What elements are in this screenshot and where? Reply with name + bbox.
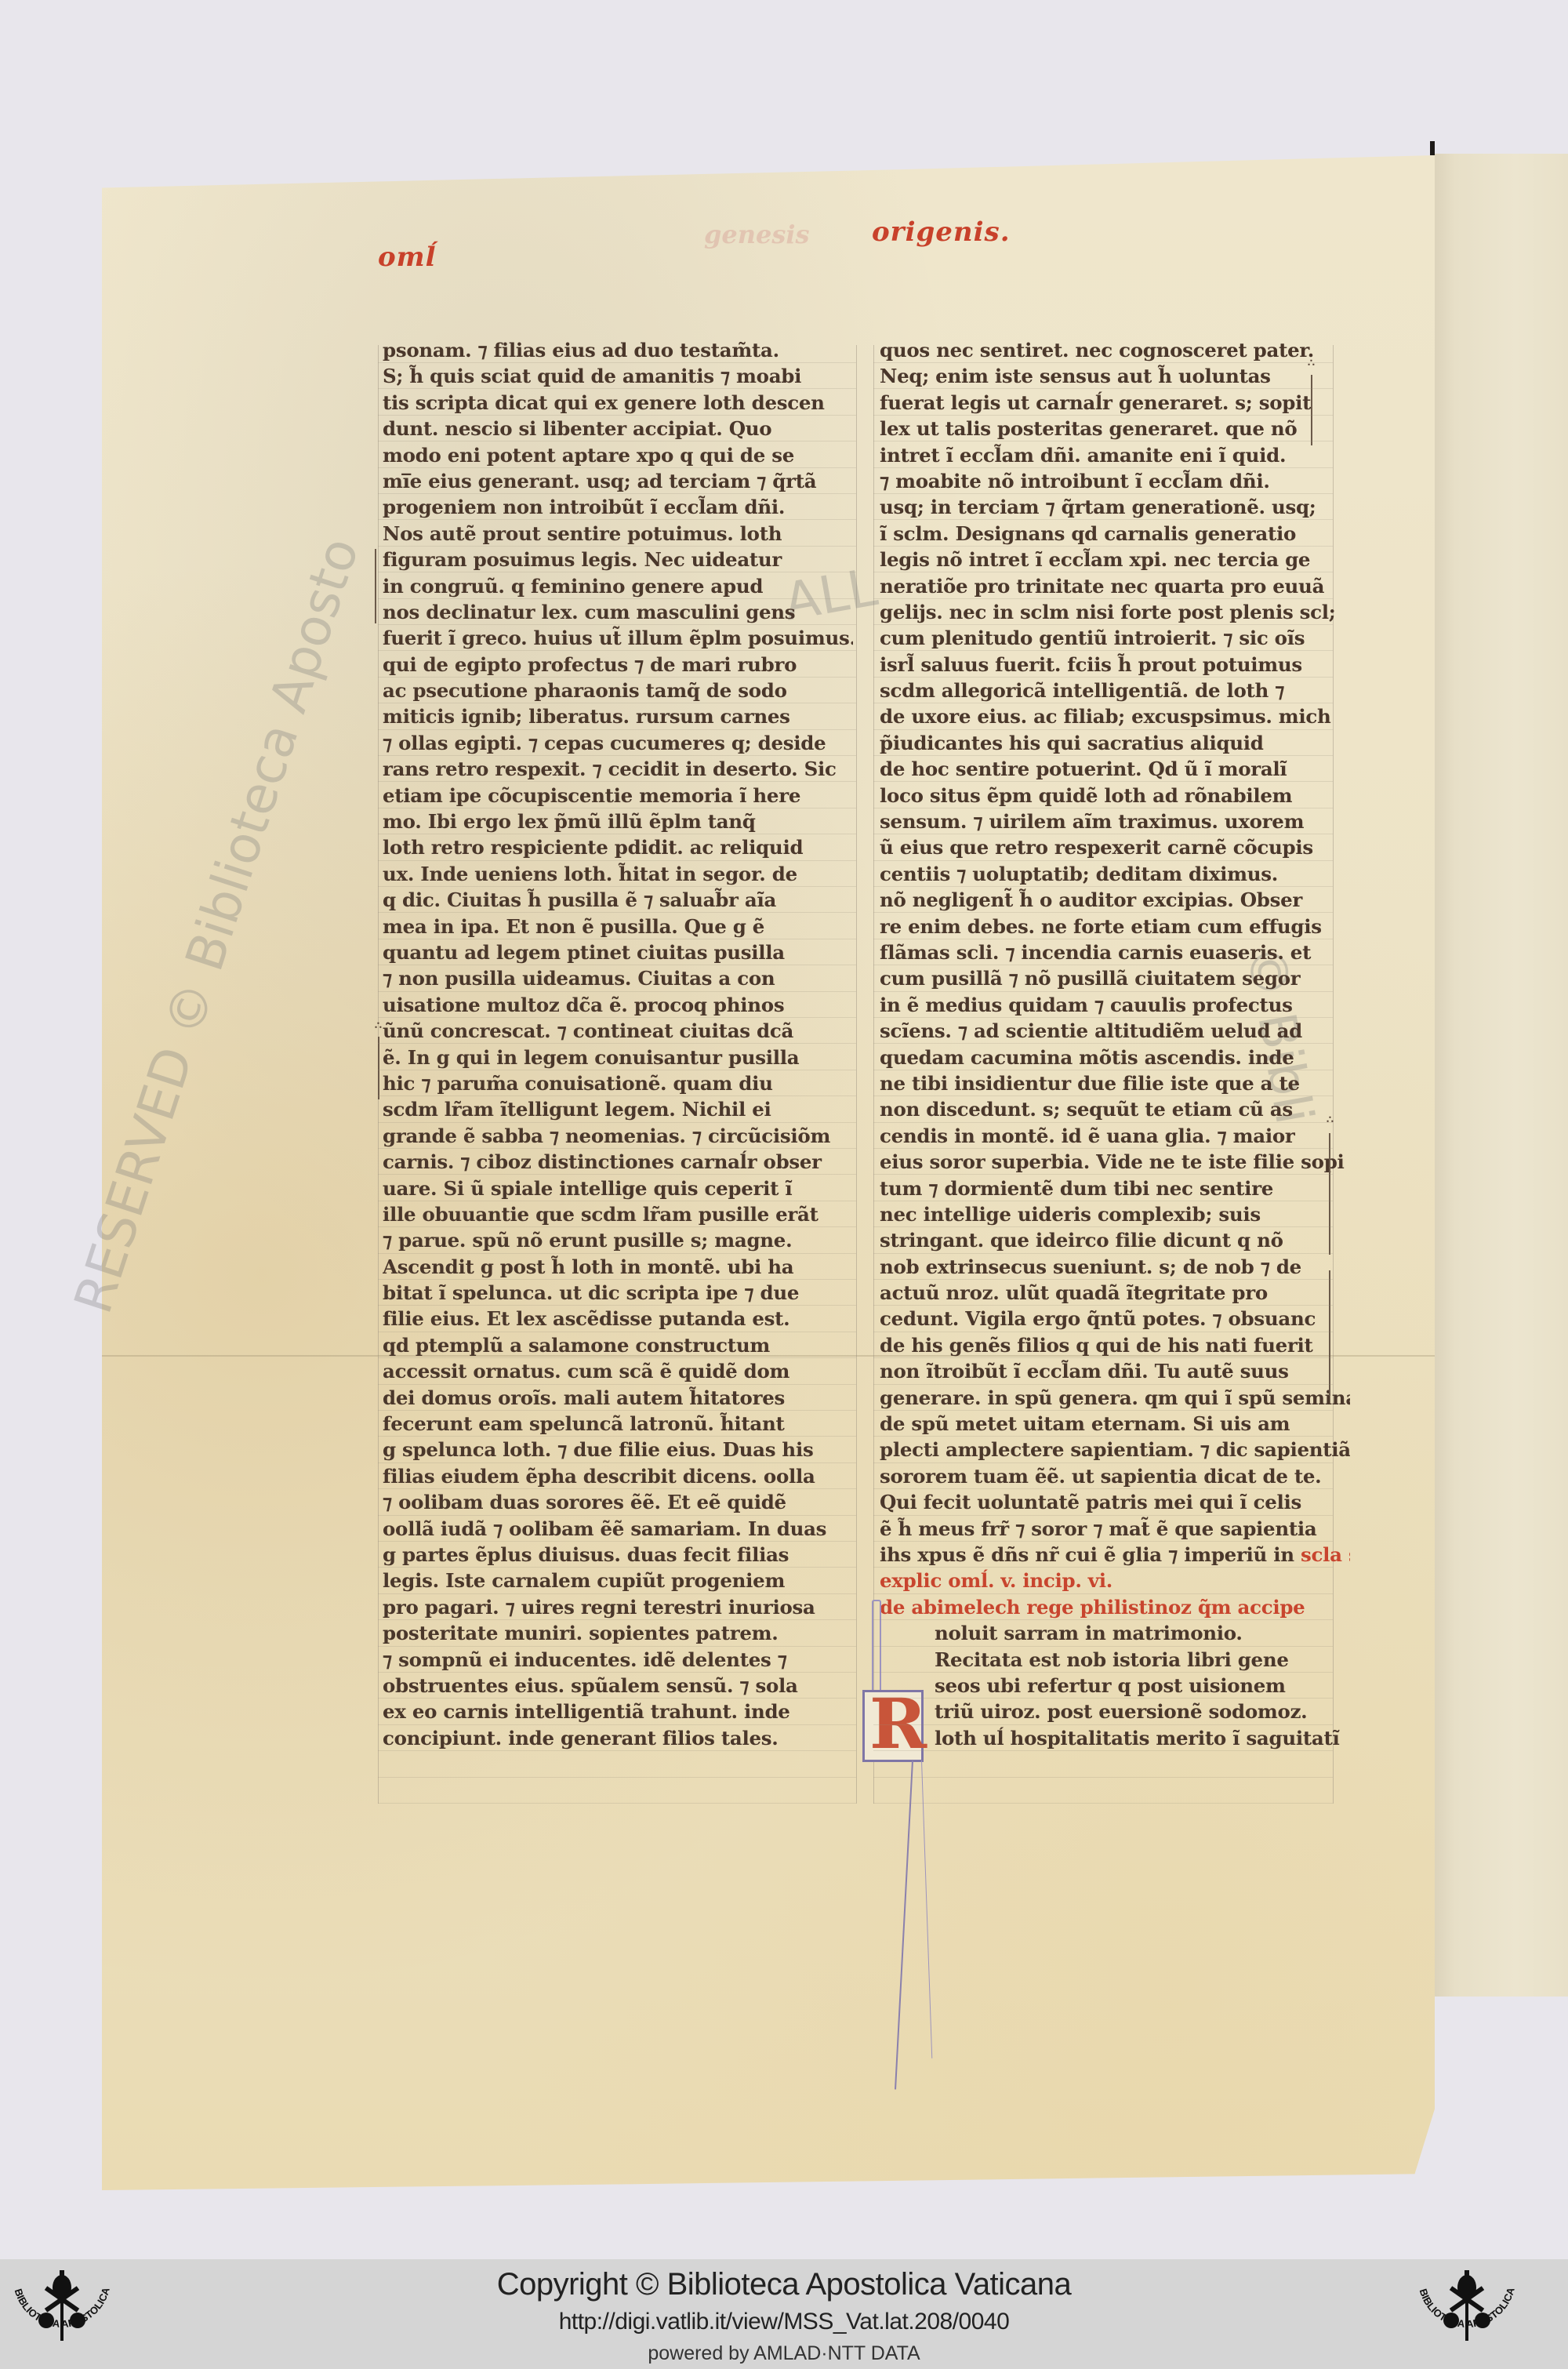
manuscript-line: uare. Si ũ spiale intellige quis ceperit… (383, 1175, 853, 1201)
manuscript-line: nec intellige uideris complexib; suis (880, 1201, 1350, 1227)
ruling-line (378, 1672, 856, 1673)
ruling-line (378, 808, 856, 808)
ruling-line (378, 650, 856, 651)
manuscript-line: progeniem non introibũt ĩ eccl̃am dñi. (383, 494, 853, 520)
powered-by-text: powered by AMLAD·NTT DATA (0, 2342, 1568, 2365)
ruling-line (378, 703, 856, 703)
manuscript-line: generare. in spũ genera. qm qui ĩ spũ se… (880, 1385, 1350, 1411)
binding-mark (1430, 141, 1435, 155)
manuscript-line: figuram posuimus legis. Nec uideatur (383, 547, 853, 572)
manuscript-line: concipiunt. inde generant filios tales. (383, 1725, 853, 1751)
ruling-line (378, 1253, 856, 1254)
manuscript-line: ⁊ oolibam duas sorores ẽẽ. Et eẽ quidẽ (383, 1489, 853, 1515)
manuscript-line: nos declinatur lex. cum masculini gens (383, 599, 853, 625)
manuscript-line: Recitata est nob istoria libri gene (880, 1647, 1350, 1673)
ruling-line (378, 1567, 856, 1568)
ruling-line (378, 415, 856, 416)
manuscript-line: usq; in terciam ⁊ q̃rtam generationẽ. us… (880, 494, 1350, 520)
manuscript-line: ux. Inde ueniens loth. h̃itat in segor. … (383, 861, 853, 887)
ruling-line (873, 1619, 1333, 1620)
margin-bracket (1329, 1133, 1330, 1255)
ruling-line (873, 1410, 1333, 1411)
ruling-line (378, 939, 856, 939)
manuscript-line: quedam cacumina mõtis ascendis. inde (880, 1045, 1350, 1070)
manuscript-line: bitat ĩ spelunca. ut dic scripta ipe ⁊ d… (383, 1280, 853, 1306)
manuscript-line: hic ⁊ parum̃a conuisationẽ. quam diu (383, 1070, 853, 1096)
margin-dots: ∴ (1308, 357, 1315, 369)
ruling-line (873, 1803, 1333, 1804)
ruling-line (873, 781, 1333, 782)
ruling-line (873, 519, 1333, 520)
manuscript-line: g spelunca loth. ⁊ due filie eius. Duas … (383, 1437, 853, 1462)
manuscript-line: uisatione multoz dc̃a ẽ. procoq phinos (383, 992, 853, 1018)
margin-bracket (1329, 1270, 1330, 1396)
ruling-line (873, 388, 1333, 389)
manuscript-line: neratiõe pro trinitate nec quarta pro eu… (880, 573, 1350, 599)
manuscript-line: carnis. ⁊ ciboz distinctiones carnaĺr ob… (383, 1149, 853, 1175)
manuscript-line: cedunt. Vigila ergo q̃ntũ potes. ⁊ obsua… (880, 1306, 1350, 1332)
manuscript-line: non ĩtroibũt ĩ eccl̃am dñi. Tu autẽ suus (880, 1358, 1350, 1384)
ruling-line (378, 1541, 856, 1542)
manuscript-line: de uxore eius. ac filiab; excuspsimus. m… (880, 703, 1350, 729)
manuscript-line: modo eni potent aptare xpo q qui de se (383, 442, 853, 468)
ruling-line (378, 1646, 856, 1647)
manuscript-line: ĩ sclm. Designans qd carnalis generatio (880, 521, 1350, 547)
ruling-line (873, 1698, 1333, 1699)
ruling-line (378, 1122, 856, 1123)
manuscript-line: Ascendit g post h̃ loth in montẽ. ubi ha (383, 1254, 853, 1280)
manuscript-line: Nos autẽ prout sentire potuimus. loth (383, 521, 853, 547)
ruling-line (873, 677, 1333, 678)
ruling-line (873, 834, 1333, 834)
ruling-line (378, 1279, 856, 1280)
manuscript-line: tum ⁊ dormientẽ dum tibi nec sentire (880, 1175, 1350, 1201)
manuscript-line: fuerat legis ut carnaĺr generaret. s; so… (880, 390, 1350, 416)
manuscript-line: centiis ⁊ uoluptatib; deditam diximus. (880, 861, 1350, 887)
ruling-line (873, 1122, 1333, 1123)
manuscript-line: ex eo carnis intelligentiã trahunt. inde (383, 1699, 853, 1724)
ruling-line (873, 1646, 1333, 1647)
ruling-line (873, 965, 1333, 965)
manuscript-line: Qui fecit uoluntatẽ patris mei qui ĩ cel… (880, 1489, 1350, 1515)
manuscript-line: psonam. ⁊ filias eius ad duo testam̃ta. (383, 337, 853, 363)
rubric-explicit: scla scloz. Amen. (1294, 1543, 1350, 1566)
margin-bracket (1311, 375, 1312, 445)
running-title-right: origenis. (872, 216, 1011, 248)
ruling-line (873, 493, 1333, 494)
manuscript-line: isrl̃ saluus fuerit. fciis h̃ prout potu… (880, 652, 1350, 678)
ruling-line (873, 1332, 1333, 1332)
ruling-line (873, 755, 1333, 756)
ruling-line (378, 886, 856, 887)
ruling-line (873, 860, 1333, 861)
running-title-left: omĺ (378, 242, 437, 273)
ruling-line (378, 860, 856, 861)
manuscript-line: triũ uiroz. post euersionẽ sodomoz. (880, 1699, 1350, 1724)
margin-dots: ∴ (1327, 1114, 1334, 1126)
ruling-line (378, 1226, 856, 1227)
manuscript-line: scĩens. ⁊ ad scientie altitudiẽm uelud a… (880, 1018, 1350, 1044)
ruling-line (378, 572, 856, 572)
manuscript-line: p̃iudicantes his qui sacratius aliquid (880, 730, 1350, 756)
ruling-line (378, 1095, 856, 1096)
ruling-line (378, 1436, 856, 1437)
ruling-line (873, 1777, 1333, 1778)
ruling-line (873, 1672, 1333, 1673)
ruling-line (873, 1253, 1333, 1254)
ruling-line (378, 729, 856, 730)
ruling-line (378, 1384, 856, 1385)
ruling-line (378, 388, 856, 389)
manuscript-line: flãmas scli. ⁊ incendia carnis euaseris.… (880, 939, 1350, 965)
manuscript-line: posteritate muniri. sopientes patrem. (383, 1620, 853, 1646)
ruling-line (873, 1017, 1333, 1018)
facing-page-edge (1433, 154, 1568, 1997)
ruling-line (378, 1515, 856, 1516)
manuscript-line: quantu ad legem ptinet ciuitas pusilla (383, 939, 853, 965)
permalink-url[interactable]: http://digi.vatlib.it/view/MSS_Vat.lat.2… (0, 2309, 1568, 2335)
ruling-line (873, 1357, 1333, 1358)
ruling-line (873, 598, 1333, 599)
manuscript-line: fuerit ĩ greco. huius ut̃ illum ẽplm pos… (383, 625, 853, 651)
ruling-line (378, 1724, 856, 1725)
ruling-line (378, 1174, 856, 1175)
manuscript-line: ac psecutione pharaonis tamq̃ de sodo (383, 678, 853, 703)
manuscript-line: in congruũ. q feminino genere apud (383, 573, 853, 599)
ruling-line (873, 886, 1333, 887)
manuscript-line: ũnũ concrescat. ⁊ contineat ciuitas dcã (383, 1018, 853, 1044)
ruling-line (873, 1541, 1333, 1542)
ruling-line (873, 1070, 1333, 1070)
ruling-line (378, 1070, 856, 1070)
initial-penwork-stem (872, 1600, 881, 1695)
manuscript-line: pro pagari. ⁊ uires regni terestri inuri… (383, 1594, 853, 1620)
manuscript-line: mo. Ibi ergo lex p̃mũ illũ ẽplm tanq̃ (383, 808, 853, 834)
manuscript-line: sensum. ⁊ uirilem aĩm traximus. uxorem (880, 808, 1350, 834)
manuscript-line: dei domus oroĩs. mali autem h̃itatores (383, 1385, 853, 1411)
manuscript-line: ⁊ sompnũ ei inducentes. idẽ delentes ⁊ (383, 1647, 853, 1673)
ruling-line (873, 912, 1333, 913)
manuscript-line: gelijs. nec in sclm nisi forte post plen… (880, 599, 1350, 625)
text-column-right: quos nec sentiret. nec cognosceret pater… (880, 337, 1350, 1751)
manuscript-line: accessit ornatus. cum scã ẽ quidẽ dom (383, 1358, 853, 1384)
manuscript-line: lex ut talis posteritas generaret. que n… (880, 416, 1350, 441)
copyright-text: Copyright © Biblioteca Apostolica Vatica… (0, 2267, 1568, 2302)
ruling-line (873, 1593, 1333, 1594)
ruling-line (873, 1462, 1333, 1463)
ruling-line (873, 1226, 1333, 1227)
manuscript-line: re enim debes. ne forte etiam cum effugi… (880, 914, 1350, 939)
ruling-line (378, 493, 856, 494)
ruling-line (378, 1410, 856, 1411)
manuscript-line: loco situs ẽpm quidẽ loth ad rõnabilem (880, 783, 1350, 808)
ruling-line (378, 1462, 856, 1463)
ruling-line (378, 1017, 856, 1018)
ruling-line (873, 546, 1333, 547)
ruling-line (873, 345, 874, 1804)
ruling-line (873, 991, 1333, 992)
manuscript-line: Neq; enim iste sensus aut h̃ uoluntas (880, 363, 1350, 389)
manuscript-line: cendis in montẽ. id ẽ uana glia. ⁊ maior (880, 1123, 1350, 1149)
ruling-line (378, 362, 856, 363)
ruling-line (873, 1724, 1333, 1725)
ruling-line (873, 703, 1333, 703)
manuscript-line: scdm lr̃am ĩtelligunt legem. Nichil ei (383, 1096, 853, 1122)
ruling-line (873, 1567, 1333, 1568)
margin-bracket (378, 1037, 379, 1099)
manuscript-line: eius soror superbia. Vide ne te iste fil… (880, 1149, 1350, 1175)
manuscript-line: ne tibi insidientur due filie iste que a… (880, 1070, 1350, 1096)
ruling-line (873, 1436, 1333, 1437)
manuscript-line: legis. Iste carnalem cupiũt progeniem (383, 1568, 853, 1593)
ruling-line (378, 834, 856, 834)
ruling-line (378, 755, 856, 756)
ruling-line (378, 467, 856, 468)
manuscript-line: ⁊ non pusilla uideamus. Ciuitas a con (383, 965, 853, 991)
manuscript-line: actuũ nroz. ulũt quadã ĩtegritate pro (880, 1280, 1350, 1306)
ruling-line (378, 1698, 856, 1699)
manuscript-line: S; h̃ quis sciat quid de amanitis ⁊ moab… (383, 363, 853, 389)
manuscript-line: scdm allegoricã intelligentiã. de loth ⁊ (880, 678, 1350, 703)
ruling-line (873, 1148, 1333, 1149)
manuscript-line: de abimelech rege philistinoz q̃m accipe (880, 1594, 1350, 1620)
ruling-line (378, 1332, 856, 1332)
manuscript-line: filie eius. Et lex ascẽdisse putanda est… (383, 1306, 853, 1332)
ruling-line (378, 1619, 856, 1620)
manuscript-line: rans retro respexit. ⁊ cecidit in desert… (383, 756, 853, 782)
manuscript-line: de his genẽs filios q qui de his nati fu… (880, 1332, 1350, 1358)
manuscript-line: ẽ. In g qui in legem conuisantur pusilla (383, 1045, 853, 1070)
ruling-line (378, 441, 856, 441)
ruling-line (873, 467, 1333, 468)
manuscript-line: etiam ipe cõcupiscentie memoria ĩ here (383, 783, 853, 808)
ruling-line (378, 991, 856, 992)
manuscript-line: cum pusillã ⁊ nõ pusillã ciuitatem segor (880, 965, 1350, 991)
ruling-line (873, 624, 1333, 625)
manuscript-line: ũ eius que retro respexerit carnẽ cõcupi… (880, 834, 1350, 860)
ruling-line (378, 912, 856, 913)
manuscript-line: de hoc sentire potuerint. Qd ũ ĩ moralĩ (880, 756, 1350, 782)
manuscript-line: legis nõ intret ĩ eccl̃am xpi. nec terci… (880, 547, 1350, 572)
ruling-line (873, 572, 1333, 572)
margin-bracket (375, 549, 376, 623)
manuscript-line: seos ubi refertur q post uisionem (880, 1673, 1350, 1699)
manuscript-line: ⁊ parue. spũ nõ erunt pusille s; magne. (383, 1227, 853, 1253)
manuscript-line: non discedunt. s; sequũt te etiam cũ as (880, 1096, 1350, 1122)
manuscript-line: obstruentes eius. spũalem sensũ. ⁊ sola (383, 1673, 853, 1699)
ruling-line (378, 1305, 856, 1306)
ruling-line (378, 965, 856, 965)
ruling-line (378, 1803, 856, 1804)
manuscript-line: oollã iudã ⁊ oolibam ẽẽ samariam. In dua… (383, 1516, 853, 1542)
manuscript-line: qui de egipto profectus ⁊ de mari rubro (383, 652, 853, 678)
text-column-left: psonam. ⁊ filias eius ad duo testam̃ta.S… (383, 337, 853, 1751)
ruling-line (378, 1750, 856, 1751)
ruling-line (873, 1095, 1333, 1096)
ruling-line (873, 1750, 1333, 1751)
ruling-line (873, 1305, 1333, 1306)
manuscript-line: de spũ metet uitam eternam. Si uis am (880, 1411, 1350, 1437)
ruling-line (873, 650, 1333, 651)
ruling-line (378, 1593, 856, 1594)
manuscript-line: miticis ignib; liberatus. rursum carnes (383, 703, 853, 729)
manuscript-line: ⁊ moabite nõ introibunt ĩ eccl̃am dñi. (880, 468, 1350, 494)
manuscript-line: loth retro respiciente pdidit. ac reliqu… (383, 834, 853, 860)
ruling-line (873, 1201, 1333, 1201)
vatican-library-logo: BIBLIOTECA APOSTOLICA VATICANA (1408, 2264, 1526, 2364)
ruling-line (378, 598, 856, 599)
ruling-line (873, 808, 1333, 808)
ruling-line (378, 519, 856, 520)
manuscript-line: ⁊ ollas egipti. ⁊ cepas cucumeres q; des… (383, 730, 853, 756)
ruling-line (873, 415, 1333, 416)
copyright-footer: BIBLIOTECA APOSTOLICA VATICANA Copyright… (0, 2259, 1568, 2369)
manuscript-line: noluit sarram in matrimonio. (880, 1620, 1350, 1646)
manuscript-line: cum plenitudo gentiũ introierit. ⁊ sic o… (880, 625, 1350, 651)
margin-dots: ∴ (375, 1019, 382, 1032)
manuscript-line: ẽ h̃ meus frr̃ ⁊ soror ⁊ mat̃ ẽ que sapi… (880, 1516, 1350, 1542)
manuscript-line: mi̅e eius generant. usq; ad terciam ⁊ q̃… (383, 468, 853, 494)
ruling-line (873, 1384, 1333, 1385)
manuscript-line: nob extrinsecus sueniunt. s; de nob ⁊ de (880, 1254, 1350, 1280)
manuscript-line: explic omĺ. v. incip. vi. (880, 1568, 1350, 1593)
ruling-line (378, 1043, 856, 1044)
papal-arms-icon: BIBLIOTECA APOSTOLICA VATICANA (1408, 2264, 1526, 2364)
manuscript-line: tis scripta dicat qui ex genere loth des… (383, 390, 853, 416)
manuscript-line: mea in ipa. Et non ẽ pusilla. Que g ẽ (383, 914, 853, 939)
manuscript-line: in ẽ medius quidam ⁊ cauulis profectus (880, 992, 1350, 1018)
ruling-line (873, 1515, 1333, 1516)
ruling-line (378, 781, 856, 782)
manuscript-line: q dic. Ciuitas h̃ pusilla ẽ ⁊ saluab̃r a… (383, 887, 853, 913)
ruling-line (378, 624, 856, 625)
ruling-line (378, 1148, 856, 1149)
running-title-ghost: genesis (704, 220, 810, 249)
manuscript-line: ihs xpus ẽ dñs nr̃ cui ẽ glia ⁊ imperiũ … (880, 1542, 1350, 1568)
manuscript-line: plecti amplectere sapientiam. ⁊ dic sapi… (880, 1437, 1350, 1462)
manuscript-line: nõ negligent̃ h̃ o auditor excipias. Obs… (880, 887, 1350, 913)
ruling-line (873, 441, 1333, 441)
ruling-line (873, 362, 1333, 363)
ruling-line (378, 546, 856, 547)
ruling-line (378, 1777, 856, 1778)
ruling-line (873, 729, 1333, 730)
manuscript-line: fecerunt eam speluncã latronũ. h̃itant (383, 1411, 853, 1437)
ruling-line (378, 1201, 856, 1201)
ruling-line (873, 1174, 1333, 1175)
manuscript-line: sororem tuam ẽẽ. ut sapientia dicat de t… (880, 1463, 1350, 1489)
ruling-line (873, 1279, 1333, 1280)
manuscript-line: loth uĺ hospitalitatis merito ĩ saguitat… (880, 1725, 1350, 1751)
ruling-line (873, 1488, 1333, 1489)
ruling-line (378, 1488, 856, 1489)
manuscript-line: stringant. que ideirco filie dicunt q nõ (880, 1227, 1350, 1253)
manuscript-line: intret ĩ eccl̃am dñi. amanite eni ĩ quid… (880, 442, 1350, 468)
manuscript-line: dunt. nescio si libenter accipiat. Quo (383, 416, 853, 441)
ruling-line (378, 677, 856, 678)
manuscript-line: filias eiudem ẽpha describit dicens. ool… (383, 1463, 853, 1489)
ruling-line (873, 939, 1333, 939)
ruling-line (873, 1043, 1333, 1044)
manuscript-line: qd ptemplũ a salamone constructum (383, 1332, 853, 1358)
manuscript-line: ille obuuantie que scdm lr̃am pusille er… (383, 1201, 853, 1227)
ruling-line (378, 1357, 856, 1358)
manuscript-line: quos nec sentiret. nec cognosceret pater… (880, 337, 1350, 363)
illuminated-initial: R (862, 1690, 924, 1762)
manuscript-line: g partes ẽplus diuisus. duas fecit filia… (383, 1542, 853, 1568)
manuscript-line: grande ẽ sabba ⁊ neomenias. ⁊ circũcisiõ… (383, 1123, 853, 1149)
